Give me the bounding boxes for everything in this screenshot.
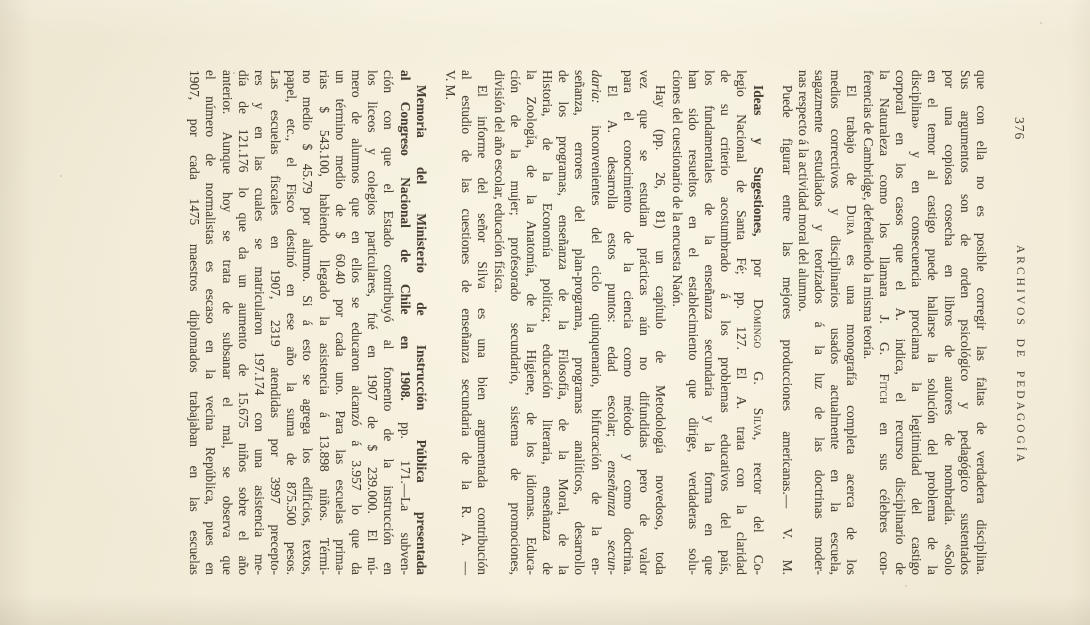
text-line: han sido resueltos en el establecimiento… <box>685 70 701 575</box>
text-line: 1907, por cada 1475 maestros diplomados … <box>186 70 202 575</box>
text-line: los fundamentales de la enseñanza secund… <box>701 70 717 575</box>
text-line: legio Nacional de Santa Fé; pp. 127. El … <box>733 70 749 575</box>
text-line: no medio $ 45.79 por alumno. Si á esto s… <box>299 70 315 575</box>
page-header: 376 ARCHIVOS DE PEDAGOGÍA <box>1009 70 1027 575</box>
text-line: Las escuelas fiscales en 1907, 2319 aten… <box>267 70 283 575</box>
text-line: papel, etc., el Fisco destinó en ese año… <box>283 70 299 575</box>
text-line: día de 121.176 lo que da un aumento de 1… <box>235 70 251 575</box>
text-line: de los programas, enseñanza de la Filoso… <box>555 70 571 575</box>
page-content-rotated: 376 ARCHIVOS DE PEDAGOGÍA que con ella n… <box>0 0 1090 625</box>
text-line: ferencias de Cambridge, defendiendo la m… <box>860 70 876 575</box>
text-line: nas respecto á la actividad moral del al… <box>795 70 811 575</box>
text-line: disciplina» y en consecuencia proclama l… <box>908 70 924 575</box>
text-line: ción con que el Estado contribuyó al fom… <box>380 70 396 575</box>
text-line: Puede figurar entre las mejores producci… <box>779 70 795 575</box>
text-line: El trabajo de Dura es una monografía com… <box>843 70 859 575</box>
text-line: un término medio de $ 60.40 por cada uno… <box>332 70 348 575</box>
text-line: sagazmente estudiados y teorizados á la … <box>811 70 827 575</box>
text-line: vez que se estudian prácticas aún no dif… <box>636 70 652 575</box>
text-line: en el temor al castigo puede hallarse la… <box>924 70 940 575</box>
text-line: la Zoología, de la Anatomía, de la Higie… <box>523 70 539 575</box>
text-line: Sus argumentos son de orden psicológico … <box>957 70 973 575</box>
text-line: V. M. <box>442 70 458 575</box>
text-line: el número de normalistas es escaso en la… <box>202 70 218 575</box>
text-line: corporal en los casos que el A. indica, … <box>892 70 908 575</box>
text-line: al estudio de las cuestiones de enseñanz… <box>458 70 474 575</box>
text-line: la Naturaleza como los llamara J. G. Fit… <box>876 70 892 575</box>
text-line: al Congreso Nacional de Chile en 1908. p… <box>396 70 412 575</box>
text-line: señanza, errores del plan-programa, prog… <box>571 70 587 575</box>
text-line: El informe del señor Silva es una bien a… <box>474 70 490 575</box>
text-line: Historia, de la Economía política; educa… <box>539 70 555 575</box>
text-line: mero de alumnos que en ellos se educaron… <box>348 70 364 575</box>
text-line: Hay (pp. 26, 81) un capítulo de Metodolo… <box>652 70 668 575</box>
text-line: rias $ 543.100, habiendo llegado la asis… <box>316 70 332 575</box>
text-line: Memoria del Ministerio de Instrucción Pú… <box>413 70 429 575</box>
text-line: que con ella no es posible corregir las … <box>973 70 989 575</box>
running-title: ARCHIVOS DE PEDAGOGÍA <box>1014 245 1026 465</box>
text-line: medios correctivos y disciplinarios usad… <box>827 70 843 575</box>
text-line: ciones del cuestionario de la encuesta N… <box>668 70 684 575</box>
text-line: Ideas y Sugestiones, por Domingo G. Silv… <box>749 70 765 575</box>
text-block: que con ella no es posible corregir las … <box>186 70 989 575</box>
text-line: res y en las cuales se matricularon 197.… <box>251 70 267 575</box>
text-line: los liceos y colegios particulares, fué … <box>364 70 380 575</box>
text-line: anterior. Aunque hoy se trata de subsana… <box>218 70 234 575</box>
page-number: 376 <box>1011 117 1027 140</box>
text-line: por una copiosa cosecha en libros de aut… <box>940 70 956 575</box>
text-line: división del año escolar, educación físi… <box>490 70 506 575</box>
scanned-book-page: 376 ARCHIVOS DE PEDAGOGÍA que con ella n… <box>0 0 1090 625</box>
text-line: de su criterio acostumbrado á los proble… <box>717 70 733 575</box>
text-line: ción de la mujer; profesorado secundario… <box>507 70 523 575</box>
text-line: daria: inconvenientes del ciclo quinquen… <box>588 70 604 575</box>
text-line: para el conocimiento de la ciencia como … <box>620 70 636 575</box>
text-line: El A. desarrolla estos puntos: edad esco… <box>604 70 620 575</box>
paper-specks <box>0 0 2 2</box>
